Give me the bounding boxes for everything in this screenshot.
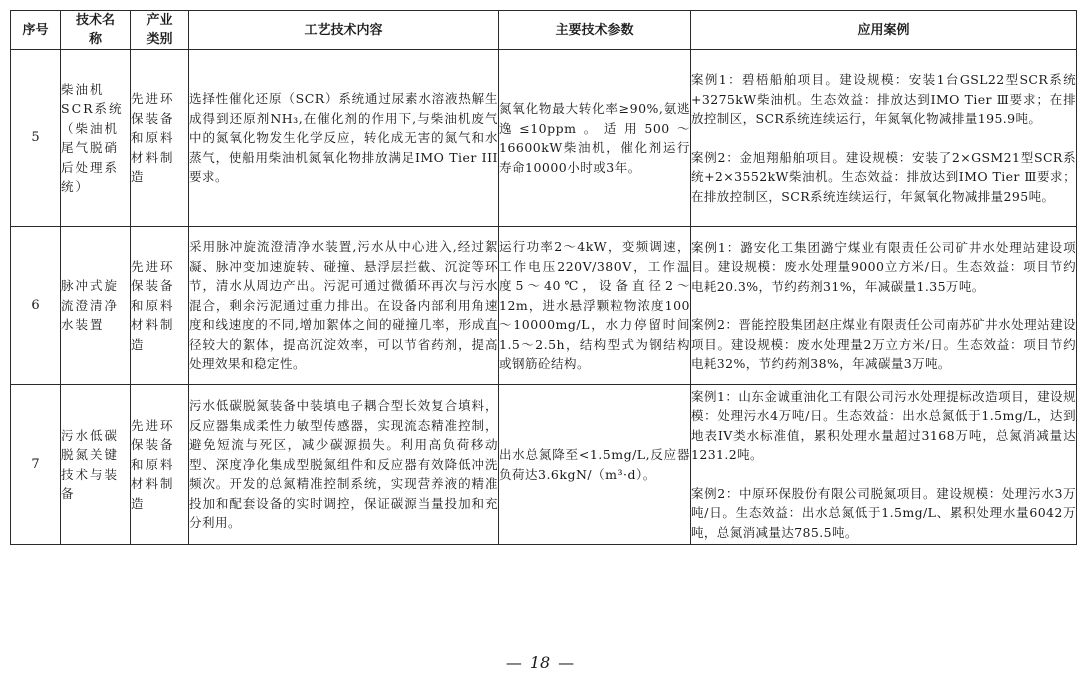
application-cases: 案例1：山东金诚重油化工有限公司污水处理提标改造项目，建设规模：处理污水4万吨/… xyxy=(691,385,1077,545)
table-row: 5 柴油机SCR系统（柴油机尾气脱硝后处理系统） 先进环保装备和原料材料制造 选… xyxy=(11,50,1077,227)
header-content: 工艺技术内容 xyxy=(189,11,499,50)
row-number: 5 xyxy=(11,50,61,227)
tech-params: 氮氧化物最大转化率≥90%,氨逃逸≤10ppm。适用500～16600kW柴油机… xyxy=(499,50,691,227)
header-category-label: 产业类别 xyxy=(146,13,172,47)
table-header-row: 序号 技术名称 产业类别 工艺技术内容 主要技术参数 应用案例 xyxy=(11,11,1077,50)
page-number: —18— xyxy=(0,653,1080,672)
header-category: 产业类别 xyxy=(131,11,189,50)
industry-category: 先进环保装备和原料材料制造 xyxy=(131,385,189,545)
header-no: 序号 xyxy=(11,11,61,50)
tech-params: 运行功率2～4kW，变频调速，工作电压220V/380V，工作温度5～40℃，设… xyxy=(499,227,691,385)
process-content: 污水低碳脱氮装备中装填电子耦合型长效复合填料，反应器集成柔性力敏型传感器，实现流… xyxy=(189,385,499,545)
technology-table: 序号 技术名称 产业类别 工艺技术内容 主要技术参数 应用案例 5 柴油机SCR… xyxy=(10,10,1077,545)
application-cases: 案例1：潞安化工集团潞宁煤业有限责任公司矿井水处理站建设项目。建设规模：废水处理… xyxy=(691,227,1077,385)
process-content: 采用脉冲旋流澄清净水装置,污水从中心进入,经过絮凝、脉冲变加速旋转、碰撞、悬浮层… xyxy=(189,227,499,385)
page-dash-left: — xyxy=(498,653,530,672)
case-item: 案例1：碧梧船舶项目。建设规模：安装1台GSL22型SCR系统+3275kW柴油… xyxy=(691,70,1076,129)
case-item: 案例1：潞安化工集团潞宁煤业有限责任公司矿井水处理站建设项目。建设规模：废水处理… xyxy=(691,238,1076,297)
tech-name: 污水低碳脱氮关键技术与装备 xyxy=(61,385,131,545)
header-params: 主要技术参数 xyxy=(499,11,691,50)
application-cases: 案例1：碧梧船舶项目。建设规模：安装1台GSL22型SCR系统+3275kW柴油… xyxy=(691,50,1077,227)
case-item: 案例2：金旭翔船舶项目。建设规模：安装了2×GSM21型SCR系统+2×3552… xyxy=(691,148,1076,207)
case-item: 案例2：中原环保股份有限公司脱氮项目。建设规模：处理污水3万吨/日。生态效益：出… xyxy=(691,484,1076,543)
table-row: 6 脉冲式旋流澄清净水装置 先进环保装备和原料材料制造 采用脉冲旋流澄清净水装置… xyxy=(11,227,1077,385)
case-item: 案例1：山东金诚重油化工有限公司污水处理提标改造项目，建设规模：处理污水4万吨/… xyxy=(691,387,1076,465)
industry-category: 先进环保装备和原料材料制造 xyxy=(131,227,189,385)
process-content: 选择性催化还原（SCR）系统通过尿素水溶液热解生成得到还原剂NH₃,在催化剂的作… xyxy=(189,50,499,227)
header-name: 技术名称 xyxy=(61,11,131,50)
header-name-label: 技术名称 xyxy=(76,13,115,47)
header-cases: 应用案例 xyxy=(691,11,1077,50)
tech-name: 脉冲式旋流澄清净水装置 xyxy=(61,227,131,385)
page-number-value: 18 xyxy=(530,653,550,672)
tech-name: 柴油机SCR系统（柴油机尾气脱硝后处理系统） xyxy=(61,50,131,227)
industry-category: 先进环保装备和原料材料制造 xyxy=(131,50,189,227)
row-number: 7 xyxy=(11,385,61,545)
table-row: 7 污水低碳脱氮关键技术与装备 先进环保装备和原料材料制造 污水低碳脱氮装备中装… xyxy=(11,385,1077,545)
page-dash-right: — xyxy=(550,653,582,672)
tech-params: 出水总氮降至<1.5mg/L,反应器负荷达3.6kgN/（m³·d）。 xyxy=(499,385,691,545)
case-item: 案例2：晋能控股集团赵庄煤业有限责任公司南苏矿井水处理站建设项目。建设规模：废水… xyxy=(691,315,1076,374)
row-number: 6 xyxy=(11,227,61,385)
